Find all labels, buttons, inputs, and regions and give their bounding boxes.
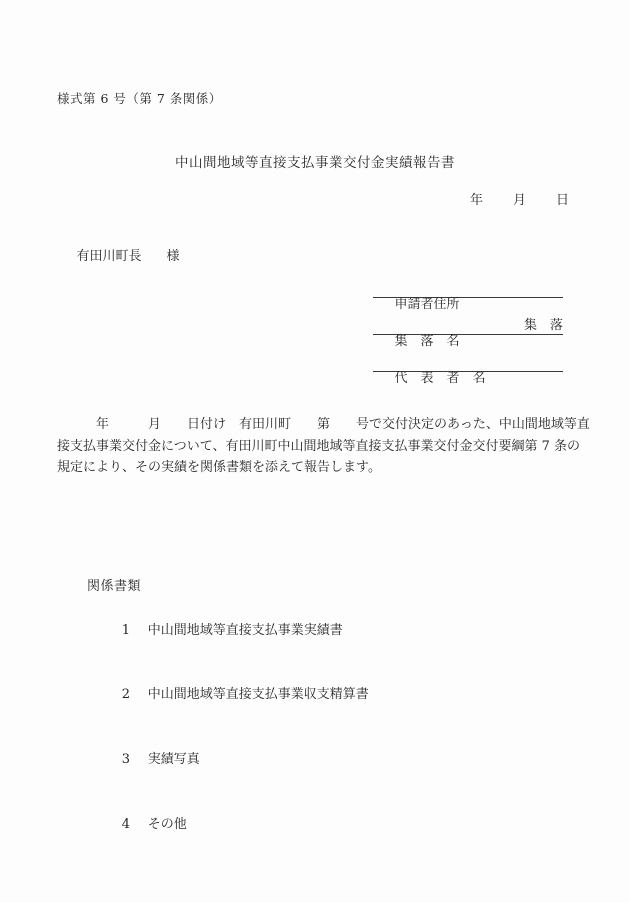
attachment-number: 2 [122,684,148,706]
date-month-label: 月 [513,194,526,207]
attachment-label: 実績写真 [148,752,200,767]
date-day-label: 日 [556,194,569,207]
addressee-line: 有田川町長様 [60,237,180,276]
attachment-label: 中山間地域等直接支払事業実績書 [148,623,343,638]
attachment-item: 3実績写真 [97,728,369,793]
document-title: 中山間地域等直接支払事業交付金実績報告書 [0,157,630,171]
attachment-item: 2中山間地域等直接支払事業収支精算書 [97,663,369,728]
attachment-item: 1中山間地域等直接支払事業実績書 [97,598,369,663]
attachment-item: 4その他 [97,792,369,857]
attachments-list: 1中山間地域等直接支払事業実績書 2中山間地域等直接支払事業収支精算書 3実績写… [97,598,369,857]
attachment-number: 4 [122,814,148,836]
applicant-address-field: 申請者住所 [373,281,563,298]
representative-name-field: 代 表 者 名 [373,355,563,372]
addressee-honorific: 様 [167,249,180,264]
attachments-heading: 関係書類 [87,580,141,593]
settlement-name-field: 集 落 名 集 落 [373,318,563,335]
addressee-name: 有田川町長 [77,249,142,264]
date-line: 年 月 日 [470,194,569,207]
applicant-address-label: 申請者住所 [390,297,460,312]
body-line-3: 規定により、その実績を関係書類を添えて報告します。 [57,457,597,479]
document-page: 様式第 6 号（第 7 条関係） 中山間地域等直接支払事業交付金実績報告書 年 … [0,0,630,903]
settlement-suffix-label: 集 落 [524,318,563,334]
representative-name-label: 代 表 者 名 [390,371,486,386]
body-line-1: 年 月 日付け 有田川町 第 号で交付決定のあった、中山間地域等直 [57,414,597,436]
body-line-2: 接支払事業交付金について、有田川町中山間地域等直接支払事業交付金交付要綱第 7 … [57,436,597,458]
date-year-label: 年 [470,194,483,207]
attachment-number: 1 [122,620,148,642]
attachment-number: 3 [122,749,148,771]
form-number: 様式第 6 号（第 7 条関係） [57,93,222,106]
attachment-label: 中山間地域等直接支払事業収支精算書 [148,687,369,702]
settlement-name-label: 集 落 名 [390,334,460,349]
attachment-label: その他 [148,817,187,832]
body-paragraph: 年 月 日付け 有田川町 第 号で交付決定のあった、中山間地域等直 接支払事業交… [57,414,597,479]
